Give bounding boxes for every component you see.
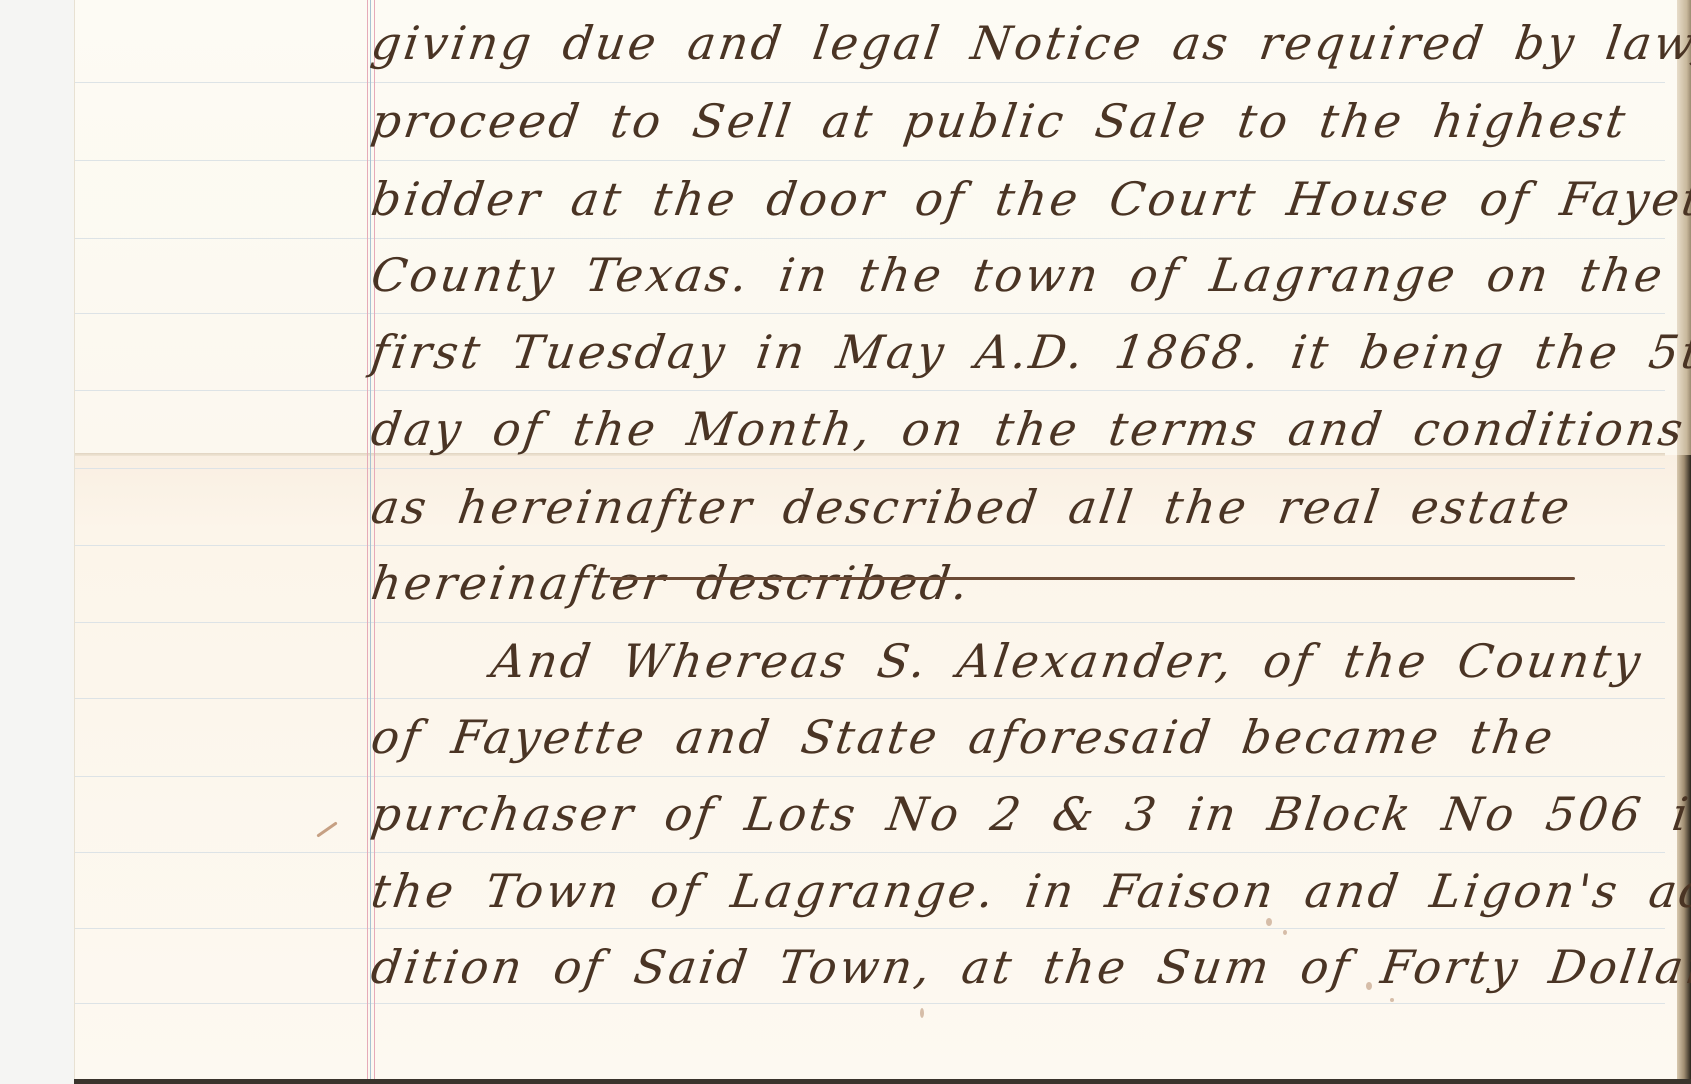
text-line: day of the Month, on the terms and condi… [368,402,1689,456]
text-line: the Town of Lagrange. in Faison and Ligo… [368,864,1691,918]
ink-stain [1390,998,1394,1002]
text-line: purchaser of Lots No 2 & 3 in Block No 5… [368,787,1691,841]
handwritten-text-block: giving due and legal Notice as required … [368,0,1668,1084]
text-line: dition of Said Town, at the Sum of Forty… [368,940,1691,994]
text-line-indented: And Whereas S. Alexander, of the County [488,634,1647,688]
text-line: bidder at the door of the Court House of… [368,172,1691,226]
ink-stain [1266,918,1272,926]
text-line: first Tuesday in May A.D. 1868. it being… [368,325,1691,379]
ink-stain [1283,930,1287,935]
text-line: of Fayette and State aforesaid became th… [368,710,1559,764]
ink-stain [920,1008,924,1018]
text-line: as hereinafter described all the real es… [368,480,1576,534]
closing-flourish-line [610,577,1575,580]
text-line: giving due and legal Notice as required … [368,16,1691,70]
text-line: proceed to Sell at public Sale to the hi… [368,94,1631,148]
text-line: hereinafter described. [368,556,974,610]
scanned-document: giving due and legal Notice as required … [0,0,1691,1084]
ink-stain [1366,982,1372,990]
text-line: County Texas. in the town of Lagrange on… [368,248,1668,302]
